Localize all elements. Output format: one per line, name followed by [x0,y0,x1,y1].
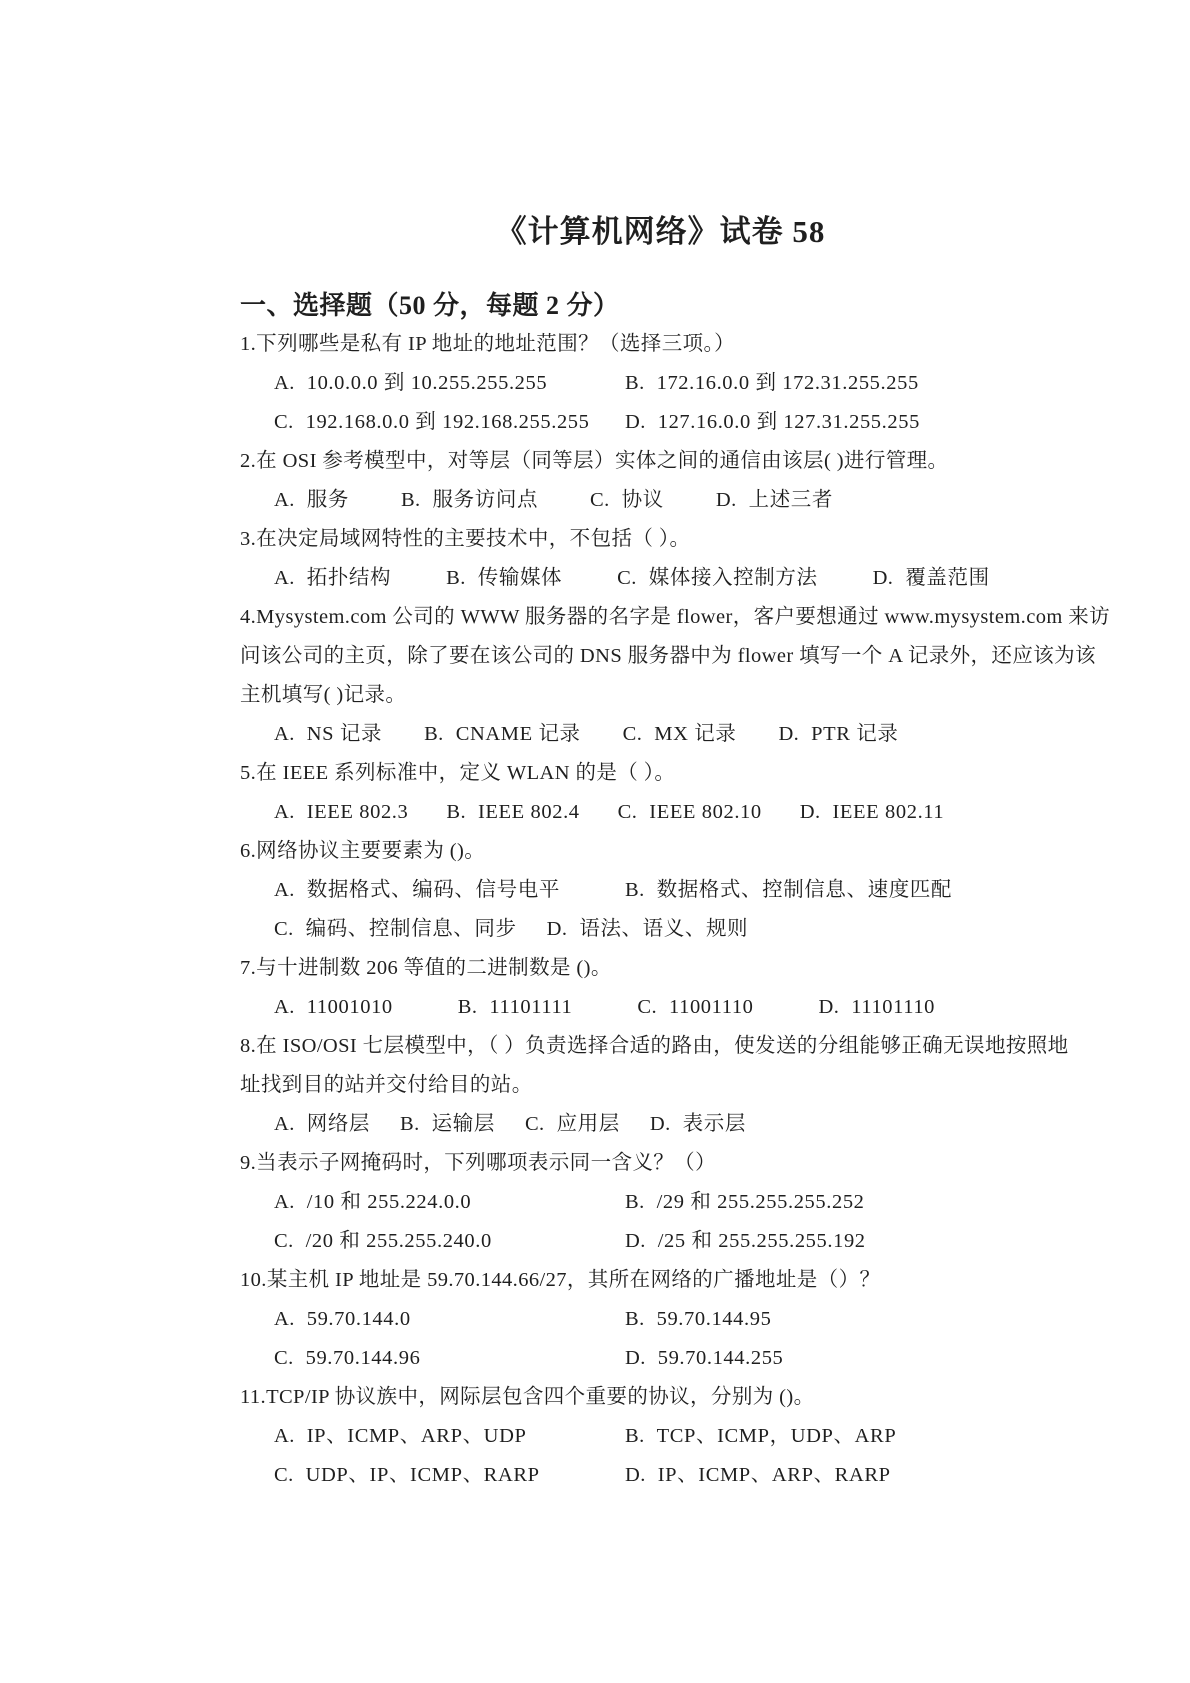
option-text: /25 和 255.255.255.192 [658,1222,866,1261]
question-5-option-d: D.IEEE 802.11 [800,793,944,832]
option-label: B. [400,1105,420,1144]
question-5-option-b: B.IEEE 802.4 [446,793,579,832]
option-label: C. [617,559,637,598]
question-1-stem-line-1: 1.下列哪些是私有 IP 地址的地址范围？（选择三项。） [240,325,1035,364]
option-text: 127.16.0.0 到 127.31.255.255 [658,403,920,442]
option-label: D. [819,988,840,1027]
option-label: D. [625,1222,646,1261]
option-label: A. [274,1105,295,1144]
option-text: 11101111 [489,988,572,1027]
option-text: IEEE 802.4 [478,793,580,832]
option-label: B. [458,988,478,1027]
option-label: C. [274,1222,294,1261]
option-label: C. [618,793,638,832]
question-11-option-d: D.IP、ICMP、ARP、RARP [625,1456,891,1495]
question-4: 4.Mysystem.com 公司的 WWW 服务器的名字是 flower，客户… [240,598,1035,754]
question-11-stem-line-1: 11.TCP/IP 协议族中，网际层包含四个重要的协议，分别为 ()。 [240,1378,1035,1417]
option-label: C. [623,715,643,754]
option-label: B. [625,871,645,910]
option-label: B. [401,481,421,520]
option-text: IEEE 802.11 [833,793,945,832]
question-6-option-a: A.数据格式、编码、信号电平 [274,871,625,910]
question-10-options-row-1: A.59.70.144.0B.59.70.144.95 [240,1300,1035,1339]
question-9: 9.当表示子网掩码时，下列哪项表示同一含义？（）A./10 和 255.224.… [240,1144,1035,1261]
exam-page: 《计算机网络》试卷 58 一、选择题（50 分，每题 2 分） 1.下列哪些是私… [240,0,1035,1495]
question-8: 8.在 ISO/OSI 七层模型中，（ ）负责选择合适的路由，使发送的分组能够正… [240,1027,1035,1144]
question-5-options-row-1: A.IEEE 802.3B.IEEE 802.4C.IEEE 802.10D.I… [240,793,1035,832]
option-label: A. [274,559,295,598]
question-7-option-a: A.11001010 [274,988,393,1027]
question-11-options-row-1: A.IP、ICMP、ARP、UDPB.TCP、ICMP，UDP、ARP [240,1417,1035,1456]
question-3-option-a: A.拓扑结构 [274,559,391,598]
question-6-option-d: D.语法、语义、规则 [547,910,749,949]
question-2-option-d: D.上述三者 [716,481,833,520]
question-6-options-row-1: A.数据格式、编码、信号电平B.数据格式、控制信息、速度匹配 [240,871,1035,910]
option-label: B. [625,1417,645,1456]
question-4-option-a: A.NS 记录 [274,715,382,754]
question-11-option-b: B.TCP、ICMP，UDP、ARP [625,1417,896,1456]
option-text: 服务 [307,481,349,520]
question-2-stem-line-1: 2.在 OSI 参考模型中，对等层（同等层）实体之间的通信由该层( )进行管理。 [240,442,1035,481]
option-label: D. [625,1456,646,1495]
option-label: B. [424,715,444,754]
question-6-stem-line-1: 6.网络协议主要要素为 ()。 [240,832,1035,871]
question-5: 5.在 IEEE 系列标准中，定义 WLAN 的是（ ）。A.IEEE 802.… [240,754,1035,832]
question-7: 7.与十进制数 206 等值的二进制数是 ()。A.11001010B.1110… [240,949,1035,1027]
question-1-options-row-1: A.10.0.0.0 到 10.255.255.255B.172.16.0.0 … [240,364,1035,403]
option-label: C. [525,1105,545,1144]
option-text: 上述三者 [749,481,833,520]
option-label: D. [625,1339,646,1378]
option-text: 媒体接入控制方法 [649,559,818,598]
option-label: C. [274,910,294,949]
option-text: 59.70.144.95 [657,1300,772,1339]
question-8-option-d: D.表示层 [650,1105,746,1144]
option-label: A. [274,793,295,832]
option-label: A. [274,1183,295,1222]
question-9-stem-line-1: 9.当表示子网掩码时，下列哪项表示同一含义？（） [240,1144,1035,1183]
question-8-stem-line-1: 8.在 ISO/OSI 七层模型中，（ ）负责选择合适的路由，使发送的分组能够正… [240,1027,1035,1066]
question-10-options-row-2: C.59.70.144.96D.59.70.144.255 [240,1339,1035,1378]
option-label: A. [274,364,295,403]
option-text: 网络层 [307,1105,370,1144]
section-heading: 一、选择题（50 分，每题 2 分） [240,286,1035,325]
page-title: 《计算机网络》试卷 58 [240,213,1035,251]
option-text: PTR 记录 [811,715,898,754]
question-9-option-b: B./29 和 255.255.255.252 [625,1183,865,1222]
question-2-option-c: C.协议 [590,481,664,520]
question-4-option-b: B.CNAME 记录 [424,715,581,754]
question-4-stem-line-2: 问该公司的主页，除了要在该公司的 DNS 服务器中为 flower 填写一个 A… [240,637,1035,676]
option-label: A. [274,481,295,520]
option-text: 表示层 [683,1105,746,1144]
question-2-options-row-1: A.服务B.服务访问点C.协议D.上述三者 [240,481,1035,520]
option-text: IP、ICMP、ARP、RARP [658,1456,891,1495]
question-11-options-row-2: C.UDP、IP、ICMP、RARPD.IP、ICMP、ARP、RARP [240,1456,1035,1495]
question-11: 11.TCP/IP 协议族中，网际层包含四个重要的协议，分别为 ()。A.IP、… [240,1378,1035,1495]
question-3-option-b: B.传输媒体 [446,559,562,598]
option-label: B. [625,364,645,403]
option-label: C. [274,1456,294,1495]
question-6-options-row-2: C.编码、控制信息、同步D.语法、语义、规则 [240,910,1035,949]
option-label: B. [625,1183,645,1222]
option-label: D. [547,910,568,949]
question-3-options-row-1: A.拓扑结构B.传输媒体C.媒体接入控制方法D.覆盖范围 [240,559,1035,598]
question-10-option-d: D.59.70.144.255 [625,1339,783,1378]
option-text: 11001110 [669,988,754,1027]
option-text: 服务访问点 [433,481,539,520]
option-text: 应用层 [557,1105,620,1144]
option-text: IP、ICMP、ARP、UDP [307,1417,527,1456]
option-label: B. [446,559,466,598]
option-text: 11101110 [851,988,935,1027]
option-label: B. [625,1300,645,1339]
option-label: A. [274,1300,295,1339]
option-text: CNAME 记录 [456,715,581,754]
option-text: NS 记录 [307,715,382,754]
option-label: B. [446,793,466,832]
option-label: A. [274,715,295,754]
question-8-options-row-1: A.网络层B.运输层C.应用层D.表示层 [240,1105,1035,1144]
option-label: D. [716,481,737,520]
option-text: 传输媒体 [478,559,562,598]
question-3-option-d: D.覆盖范围 [873,559,990,598]
question-4-options-row-1: A.NS 记录B.CNAME 记录C.MX 记录D.PTR 记录 [240,715,1035,754]
question-6-option-c: C.编码、控制信息、同步 [274,910,517,949]
question-8-option-c: C.应用层 [525,1105,620,1144]
question-4-stem-line-1: 4.Mysystem.com 公司的 WWW 服务器的名字是 flower，客户… [240,598,1035,637]
question-3-option-c: C.媒体接入控制方法 [617,559,817,598]
question-4-stem-line-3: 主机填写( )记录。 [240,676,1035,715]
option-text: 数据格式、编码、信号电平 [307,871,560,910]
questions-list: 1.下列哪些是私有 IP 地址的地址范围？（选择三项。）A.10.0.0.0 到… [240,325,1035,1495]
question-10-option-b: B.59.70.144.95 [625,1300,771,1339]
question-6: 6.网络协议主要要素为 ()。A.数据格式、编码、信号电平B.数据格式、控制信息… [240,832,1035,949]
option-text: 192.168.0.0 到 192.168.255.255 [306,403,590,442]
option-label: A. [274,1417,295,1456]
option-text: 数据格式、控制信息、速度匹配 [657,871,952,910]
option-text: 59.70.144.0 [307,1300,411,1339]
question-4-option-c: C.MX 记录 [623,715,737,754]
question-9-options-row-1: A./10 和 255.224.0.0B./29 和 255.255.255.2… [240,1183,1035,1222]
question-2: 2.在 OSI 参考模型中，对等层（同等层）实体之间的通信由该层( )进行管理。… [240,442,1035,520]
option-label: C. [590,481,610,520]
option-text: 覆盖范围 [905,559,989,598]
option-label: A. [274,871,295,910]
option-text: IEEE 802.3 [307,793,409,832]
option-text: UDP、IP、ICMP、RARP [306,1456,540,1495]
question-11-option-c: C.UDP、IP、ICMP、RARP [274,1456,625,1495]
question-7-stem-line-1: 7.与十进制数 206 等值的二进制数是 ()。 [240,949,1035,988]
question-7-option-c: C.11001110 [637,988,753,1027]
option-text: 11001010 [307,988,393,1027]
option-text: 语法、语义、规则 [579,910,748,949]
option-label: D. [650,1105,671,1144]
option-text: 172.16.0.0 到 172.31.255.255 [657,364,919,403]
question-9-option-d: D./25 和 255.255.255.192 [625,1222,866,1261]
question-3-stem-line-1: 3.在决定局域网特性的主要技术中，不包括（ ）。 [240,520,1035,559]
option-text: 59.70.144.96 [306,1339,421,1378]
option-label: C. [274,1339,294,1378]
question-9-options-row-2: C./20 和 255.255.240.0D./25 和 255.255.255… [240,1222,1035,1261]
question-9-option-c: C./20 和 255.255.240.0 [274,1222,625,1261]
question-9-option-a: A./10 和 255.224.0.0 [274,1183,625,1222]
question-1-option-a: A.10.0.0.0 到 10.255.255.255 [274,364,625,403]
question-11-option-a: A.IP、ICMP、ARP、UDP [274,1417,625,1456]
question-10: 10.某主机 IP 地址是 59.70.144.66/27，其所在网络的广播地址… [240,1261,1035,1378]
question-5-stem-line-1: 5.在 IEEE 系列标准中，定义 WLAN 的是（ ）。 [240,754,1035,793]
option-text: 协议 [622,481,664,520]
question-1: 1.下列哪些是私有 IP 地址的地址范围？（选择三项。）A.10.0.0.0 到… [240,325,1035,442]
option-label: D. [800,793,821,832]
option-text: TCP、ICMP，UDP、ARP [657,1417,897,1456]
option-label: D. [625,403,646,442]
option-text: /10 和 255.224.0.0 [307,1183,472,1222]
question-10-option-c: C.59.70.144.96 [274,1339,625,1378]
option-label: A. [274,988,295,1027]
option-label: D. [873,559,894,598]
option-text: IEEE 802.10 [649,793,762,832]
question-1-option-b: B.172.16.0.0 到 172.31.255.255 [625,364,919,403]
question-7-options-row-1: A.11001010B.11101111C.11001110D.11101110 [240,988,1035,1027]
option-text: 10.0.0.0 到 10.255.255.255 [307,364,548,403]
option-text: MX 记录 [654,715,736,754]
question-4-option-d: D.PTR 记录 [778,715,898,754]
question-5-option-c: C.IEEE 802.10 [618,793,762,832]
question-10-option-a: A.59.70.144.0 [274,1300,625,1339]
question-1-option-d: D.127.16.0.0 到 127.31.255.255 [625,403,920,442]
question-2-option-a: A.服务 [274,481,349,520]
question-6-option-b: B.数据格式、控制信息、速度匹配 [625,871,952,910]
option-label: C. [274,403,294,442]
question-7-option-d: D.11101110 [819,988,936,1027]
question-8-option-b: B.运输层 [400,1105,495,1144]
option-text: 编码、控制信息、同步 [306,910,517,949]
option-label: C. [637,988,657,1027]
option-text: /29 和 255.255.255.252 [657,1183,865,1222]
question-8-option-a: A.网络层 [274,1105,370,1144]
option-label: D. [778,715,799,754]
question-1-options-row-2: C.192.168.0.0 到 192.168.255.255D.127.16.… [240,403,1035,442]
option-text: 运输层 [432,1105,495,1144]
question-1-option-c: C.192.168.0.0 到 192.168.255.255 [274,403,625,442]
question-7-option-b: B.11101111 [458,988,573,1027]
option-text: /20 和 255.255.240.0 [306,1222,492,1261]
option-text: 拓扑结构 [307,559,391,598]
question-5-option-a: A.IEEE 802.3 [274,793,408,832]
question-10-stem-line-1: 10.某主机 IP 地址是 59.70.144.66/27，其所在网络的广播地址… [240,1261,1035,1300]
question-8-stem-line-2: 址找到目的站并交付给目的站。 [240,1066,1035,1105]
question-3: 3.在决定局域网特性的主要技术中，不包括（ ）。A.拓扑结构B.传输媒体C.媒体… [240,520,1035,598]
question-2-option-b: B.服务访问点 [401,481,538,520]
option-text: 59.70.144.255 [658,1339,784,1378]
